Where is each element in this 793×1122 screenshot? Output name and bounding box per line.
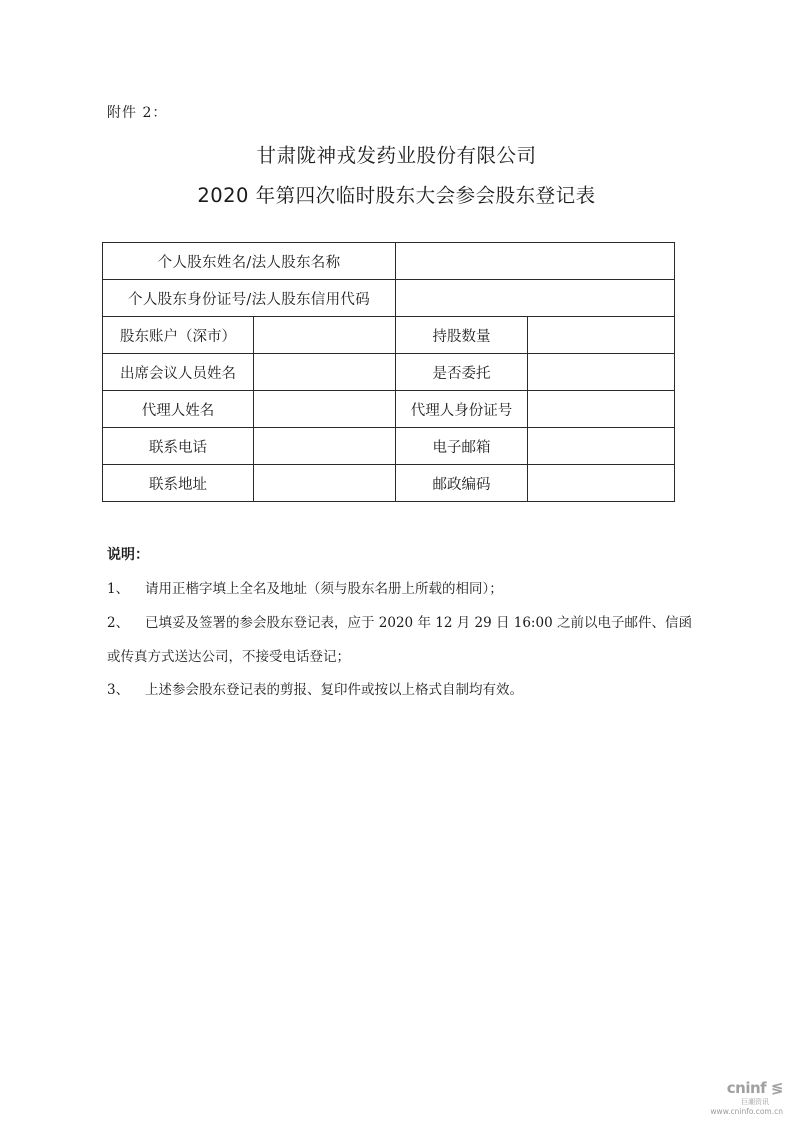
registration-table: 个人股东姓名/法人股东名称 个人股东身份证号/法人股东信用代码 股东账户（深市）… (102, 242, 675, 502)
company-title: 甘肃陇神戎发药业股份有限公司 (0, 140, 793, 168)
proxy-flag-label: 是否委托 (396, 354, 528, 391)
note-text: 已填妥及签署的参会股东登记表，应于 2020 年 12 月 29 日 16:00… (145, 615, 692, 631)
phone-label: 联系电话 (103, 428, 254, 465)
table-row: 个人股东姓名/法人股东名称 (103, 243, 675, 280)
notes-section: 说明： 1、请用正楷字填上全名及地址（须与股东名册上所载的相同）； 2、已填妥及… (107, 544, 687, 564)
shareholder-id-field[interactable] (396, 280, 675, 317)
account-field[interactable] (254, 317, 396, 354)
form-title: 2020 年第四次临时股东大会参会股东登记表 (0, 180, 793, 208)
note-number: 2、 (107, 611, 145, 631)
proxy-flag-field[interactable] (528, 354, 675, 391)
note-item: 2、已填妥及签署的参会股东登记表，应于 2020 年 12 月 29 日 16:… (107, 611, 692, 631)
proxy-id-label: 代理人身份证号 (396, 391, 528, 428)
shareholder-id-label: 个人股东身份证号/法人股东信用代码 (103, 280, 396, 317)
postcode-field[interactable] (528, 465, 675, 502)
watermark-url: www.cninfo.com.cn (710, 1107, 783, 1116)
shares-held-field[interactable] (528, 317, 675, 354)
address-field[interactable] (254, 465, 396, 502)
shareholder-name-field[interactable] (396, 243, 675, 280)
note-item: 3、上述参会股东登记表的剪报、复印件或按以上格式自制均有效。 (107, 678, 523, 698)
postcode-label: 邮政编码 (396, 465, 528, 502)
watermark-brand: cninf ≶ (710, 1079, 783, 1097)
table-row: 股东账户（深市） 持股数量 (103, 317, 675, 354)
watermark-subtitle: 巨潮资讯 (710, 1097, 769, 1107)
attendee-name-label: 出席会议人员姓名 (103, 354, 254, 391)
cninfo-watermark: cninf ≶ 巨潮资讯 www.cninfo.com.cn (710, 1079, 783, 1116)
phone-field[interactable] (254, 428, 396, 465)
attachment-label: 附件 2： (107, 102, 167, 122)
note-number: 3、 (107, 678, 145, 698)
shares-held-label: 持股数量 (396, 317, 528, 354)
table-row: 代理人姓名 代理人身份证号 (103, 391, 675, 428)
attendee-name-field[interactable] (254, 354, 396, 391)
cninfo-logo-icon: ≶ (766, 1079, 783, 1097)
email-label: 电子邮箱 (396, 428, 528, 465)
email-field[interactable] (528, 428, 675, 465)
table-row: 联系电话 电子邮箱 (103, 428, 675, 465)
account-label: 股东账户（深市） (103, 317, 254, 354)
proxy-name-label: 代理人姓名 (103, 391, 254, 428)
note-text: 上述参会股东登记表的剪报、复印件或按以上格式自制均有效。 (145, 682, 523, 698)
table-row: 个人股东身份证号/法人股东信用代码 (103, 280, 675, 317)
proxy-name-field[interactable] (254, 391, 396, 428)
note-number: 1、 (107, 577, 145, 597)
table-row: 出席会议人员姓名 是否委托 (103, 354, 675, 391)
notes-title: 说明： (107, 544, 687, 564)
table-row: 联系地址 邮政编码 (103, 465, 675, 502)
shareholder-name-label: 个人股东姓名/法人股东名称 (103, 243, 396, 280)
note-item: 1、请用正楷字填上全名及地址（须与股东名册上所载的相同）； (107, 577, 503, 597)
address-label: 联系地址 (103, 465, 254, 502)
note-continuation: 或传真方式送达公司，不接受电话登记； (107, 645, 350, 665)
proxy-id-field[interactable] (528, 391, 675, 428)
note-text: 请用正楷字填上全名及地址（须与股东名册上所载的相同）； (145, 581, 503, 597)
